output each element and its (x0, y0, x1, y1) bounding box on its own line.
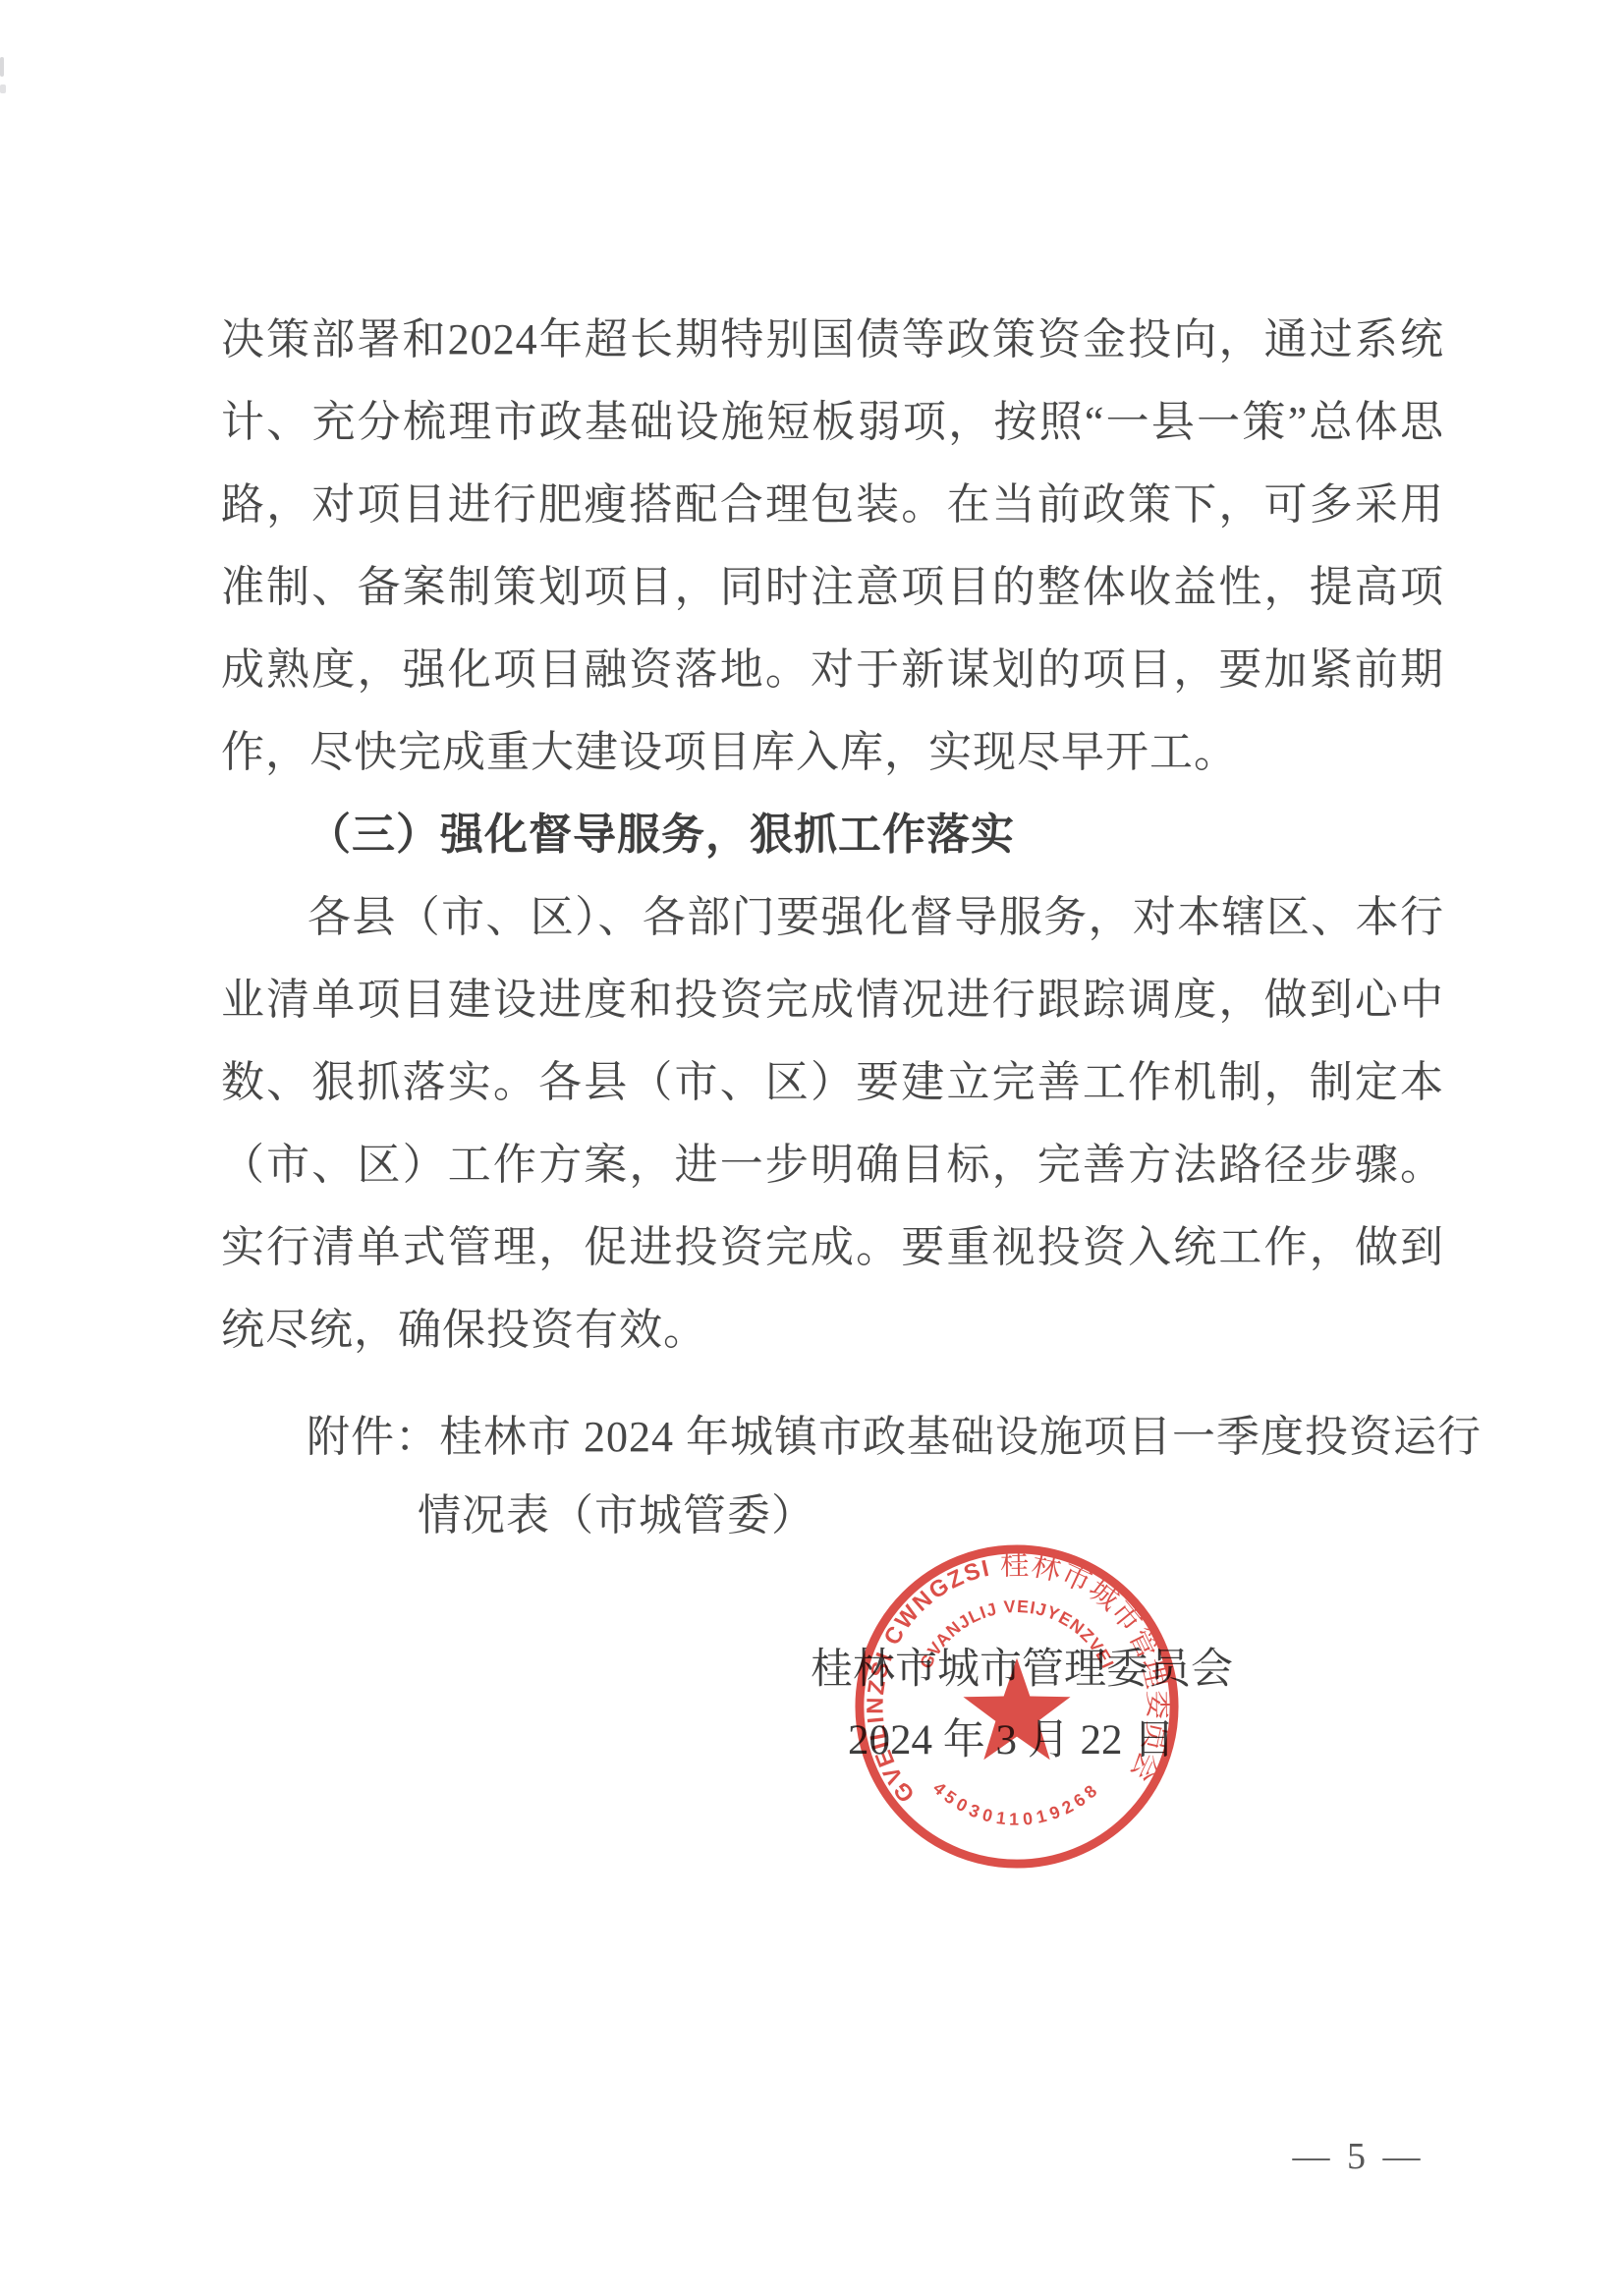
body-line: 路，对项目进行肥瘦搭配合理包装。在当前政策下，可多采用核 (221, 464, 1444, 546)
body-line: 各县（市、区）、各部门要强化督导服务，对本辖区、本行 (221, 876, 1444, 959)
document-page: 决策部署和2024年超长期特别国债等政策资金投向，通过系统设 计、充分梳理市政基… (0, 0, 1624, 2295)
scan-artifact (0, 57, 4, 77)
seal-code: 4503011019268 (929, 1778, 1104, 1829)
attachment-title: 桂林市 2024 年城镇市政基础设施项目一季度投资运行 (439, 1413, 1482, 1461)
body-line: 统尽统，确保投资有效。 (221, 1289, 1444, 1371)
section-heading: （三）强化督导服务，狠抓工作落实 (221, 794, 1444, 876)
seal-chinese-text: 桂林市城市管理委员会 (1000, 1548, 1175, 1787)
attachment-note: 附件：桂林市 2024 年城镇市政基础设施项目一季度投资运行 情况表（市城管委） (307, 1398, 1482, 1555)
body-line: （市、区）工作方案，进一步明确目标，完善方法路径步骤。要 (221, 1124, 1444, 1206)
attachment-line-1: 附件：桂林市 2024 年城镇市政基础设施项目一季度投资运行 (307, 1398, 1482, 1477)
official-seal-stamp: GVEILINZSI CWNGZSI 桂林市城市管理委员会 GVANJLIJ V… (852, 1541, 1182, 1872)
body-line: 数、狠抓落实。各县（市、区）要建立完善工作机制，制定本县 (221, 1041, 1444, 1124)
body-line: 计、充分梳理市政基础设施短板弱项，按照“一县一策”总体思 (221, 381, 1444, 464)
body-line: 成熟度，强化项目融资落地。对于新谋划的项目，要加紧前期工 (221, 629, 1444, 711)
body-line: 准制、备案制策划项目，同时注意项目的整体收益性，提高项目 (221, 546, 1444, 629)
body-text: 决策部署和2024年超长期特别国债等政策资金投向，通过系统设 计、充分梳理市政基… (221, 299, 1444, 1371)
body-line: 作，尽快完成重大建设项目库入库，实现尽早开工。 (221, 711, 1444, 794)
page-number: — 5 — (1277, 2132, 1439, 2181)
attachment-label: 附件： (307, 1413, 439, 1461)
seal-star-icon (963, 1658, 1070, 1761)
seal-zhuang-text-outer: GVEILINZSI CWNGZSI (864, 1554, 1001, 1807)
scan-artifact (0, 84, 6, 93)
body-line: 决策部署和2024年超长期特别国债等政策资金投向，通过系统设 (221, 299, 1444, 381)
body-line: 实行清单式管理，促进投资完成。要重视投资入统工作，做到应 (221, 1206, 1444, 1289)
body-line: 业清单项目建设进度和投资完成情况进行跟踪调度，做到心中有 (221, 959, 1444, 1041)
